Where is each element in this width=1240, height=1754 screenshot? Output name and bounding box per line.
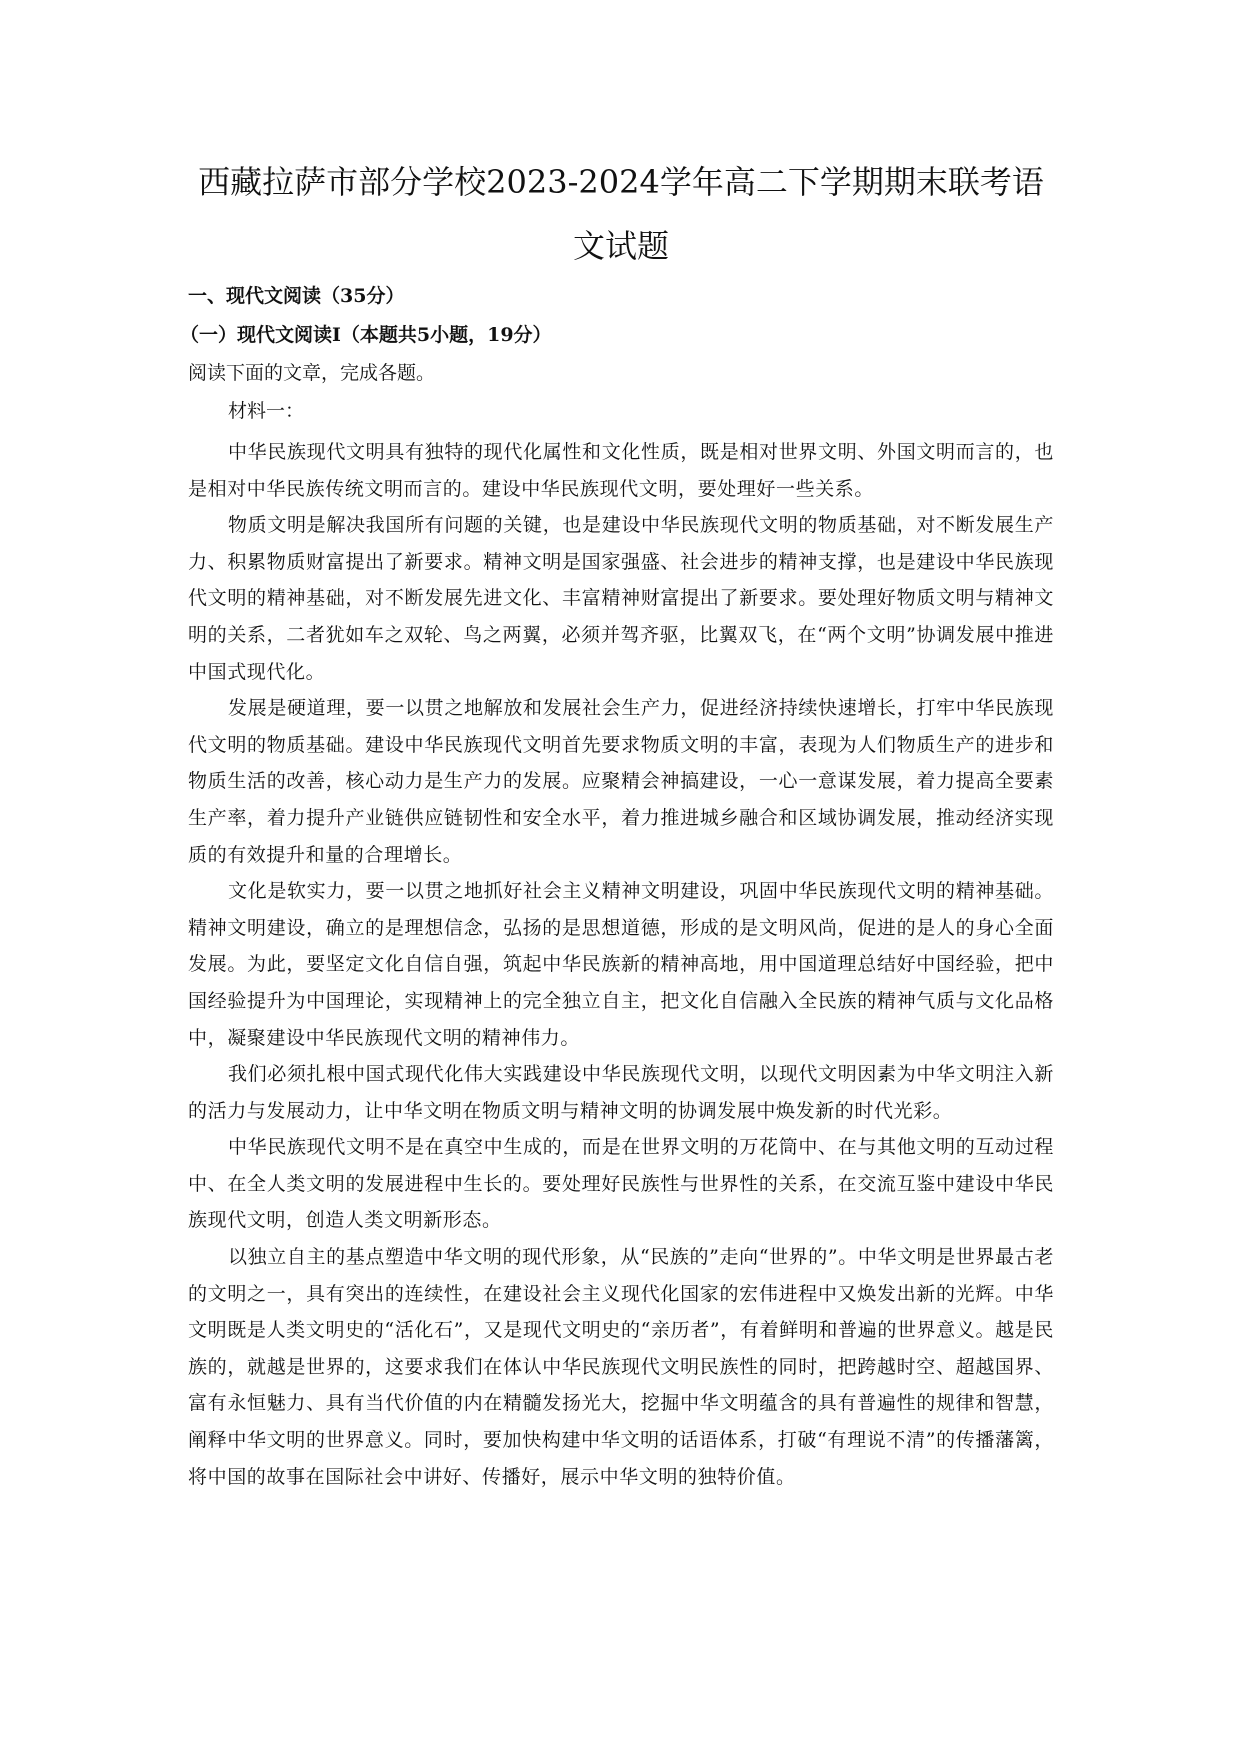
paragraph: 物质文明是解决我国所有问题的关键，也是建设中华民族现代文明的物质基础，对不断发展… (188, 507, 1054, 690)
paragraph: 我们必须扎根中国式现代化伟大实践建设中华民族现代文明，以现代文明因素为中华文明注… (188, 1056, 1054, 1129)
paragraph: 以独立自主的基点塑造中华文明的现代形象，从“民族的”走向“世界的”。中华文明是世… (188, 1239, 1054, 1495)
paragraph: 中华民族现代文明不是在真空中生成的，而是在世界文明的万花筒中、在与其他文明的互动… (188, 1129, 1054, 1239)
subsection-heading: （一）现代文阅读I（本题共5小题，19分） (180, 322, 552, 348)
material-label: 材料一： (228, 398, 304, 424)
section-heading: 一、现代文阅读（35分） (188, 283, 404, 309)
document-title-line-2: 文试题 (188, 224, 1054, 268)
paragraph: 发展是硬道理，要一以贯之地解放和发展社会生产力，促进经济持续快速增长，打牢中华民… (188, 690, 1054, 873)
paragraph: 中华民族现代文明具有独特的现代化属性和文化性质，既是相对世界文明、外国文明而言的… (188, 434, 1054, 507)
reading-instruction: 阅读下面的文章，完成各题。 (188, 360, 435, 386)
passage-body: 中华民族现代文明具有独特的现代化属性和文化性质，既是相对世界文明、外国文明而言的… (188, 434, 1054, 1495)
document-title-line-1: 西藏拉萨市部分学校2023-2024学年高二下学期期末联考语 (188, 160, 1054, 204)
paragraph: 文化是软实力，要一以贯之地抓好社会主义精神文明建设，巩固中华民族现代文明的精神基… (188, 873, 1054, 1056)
